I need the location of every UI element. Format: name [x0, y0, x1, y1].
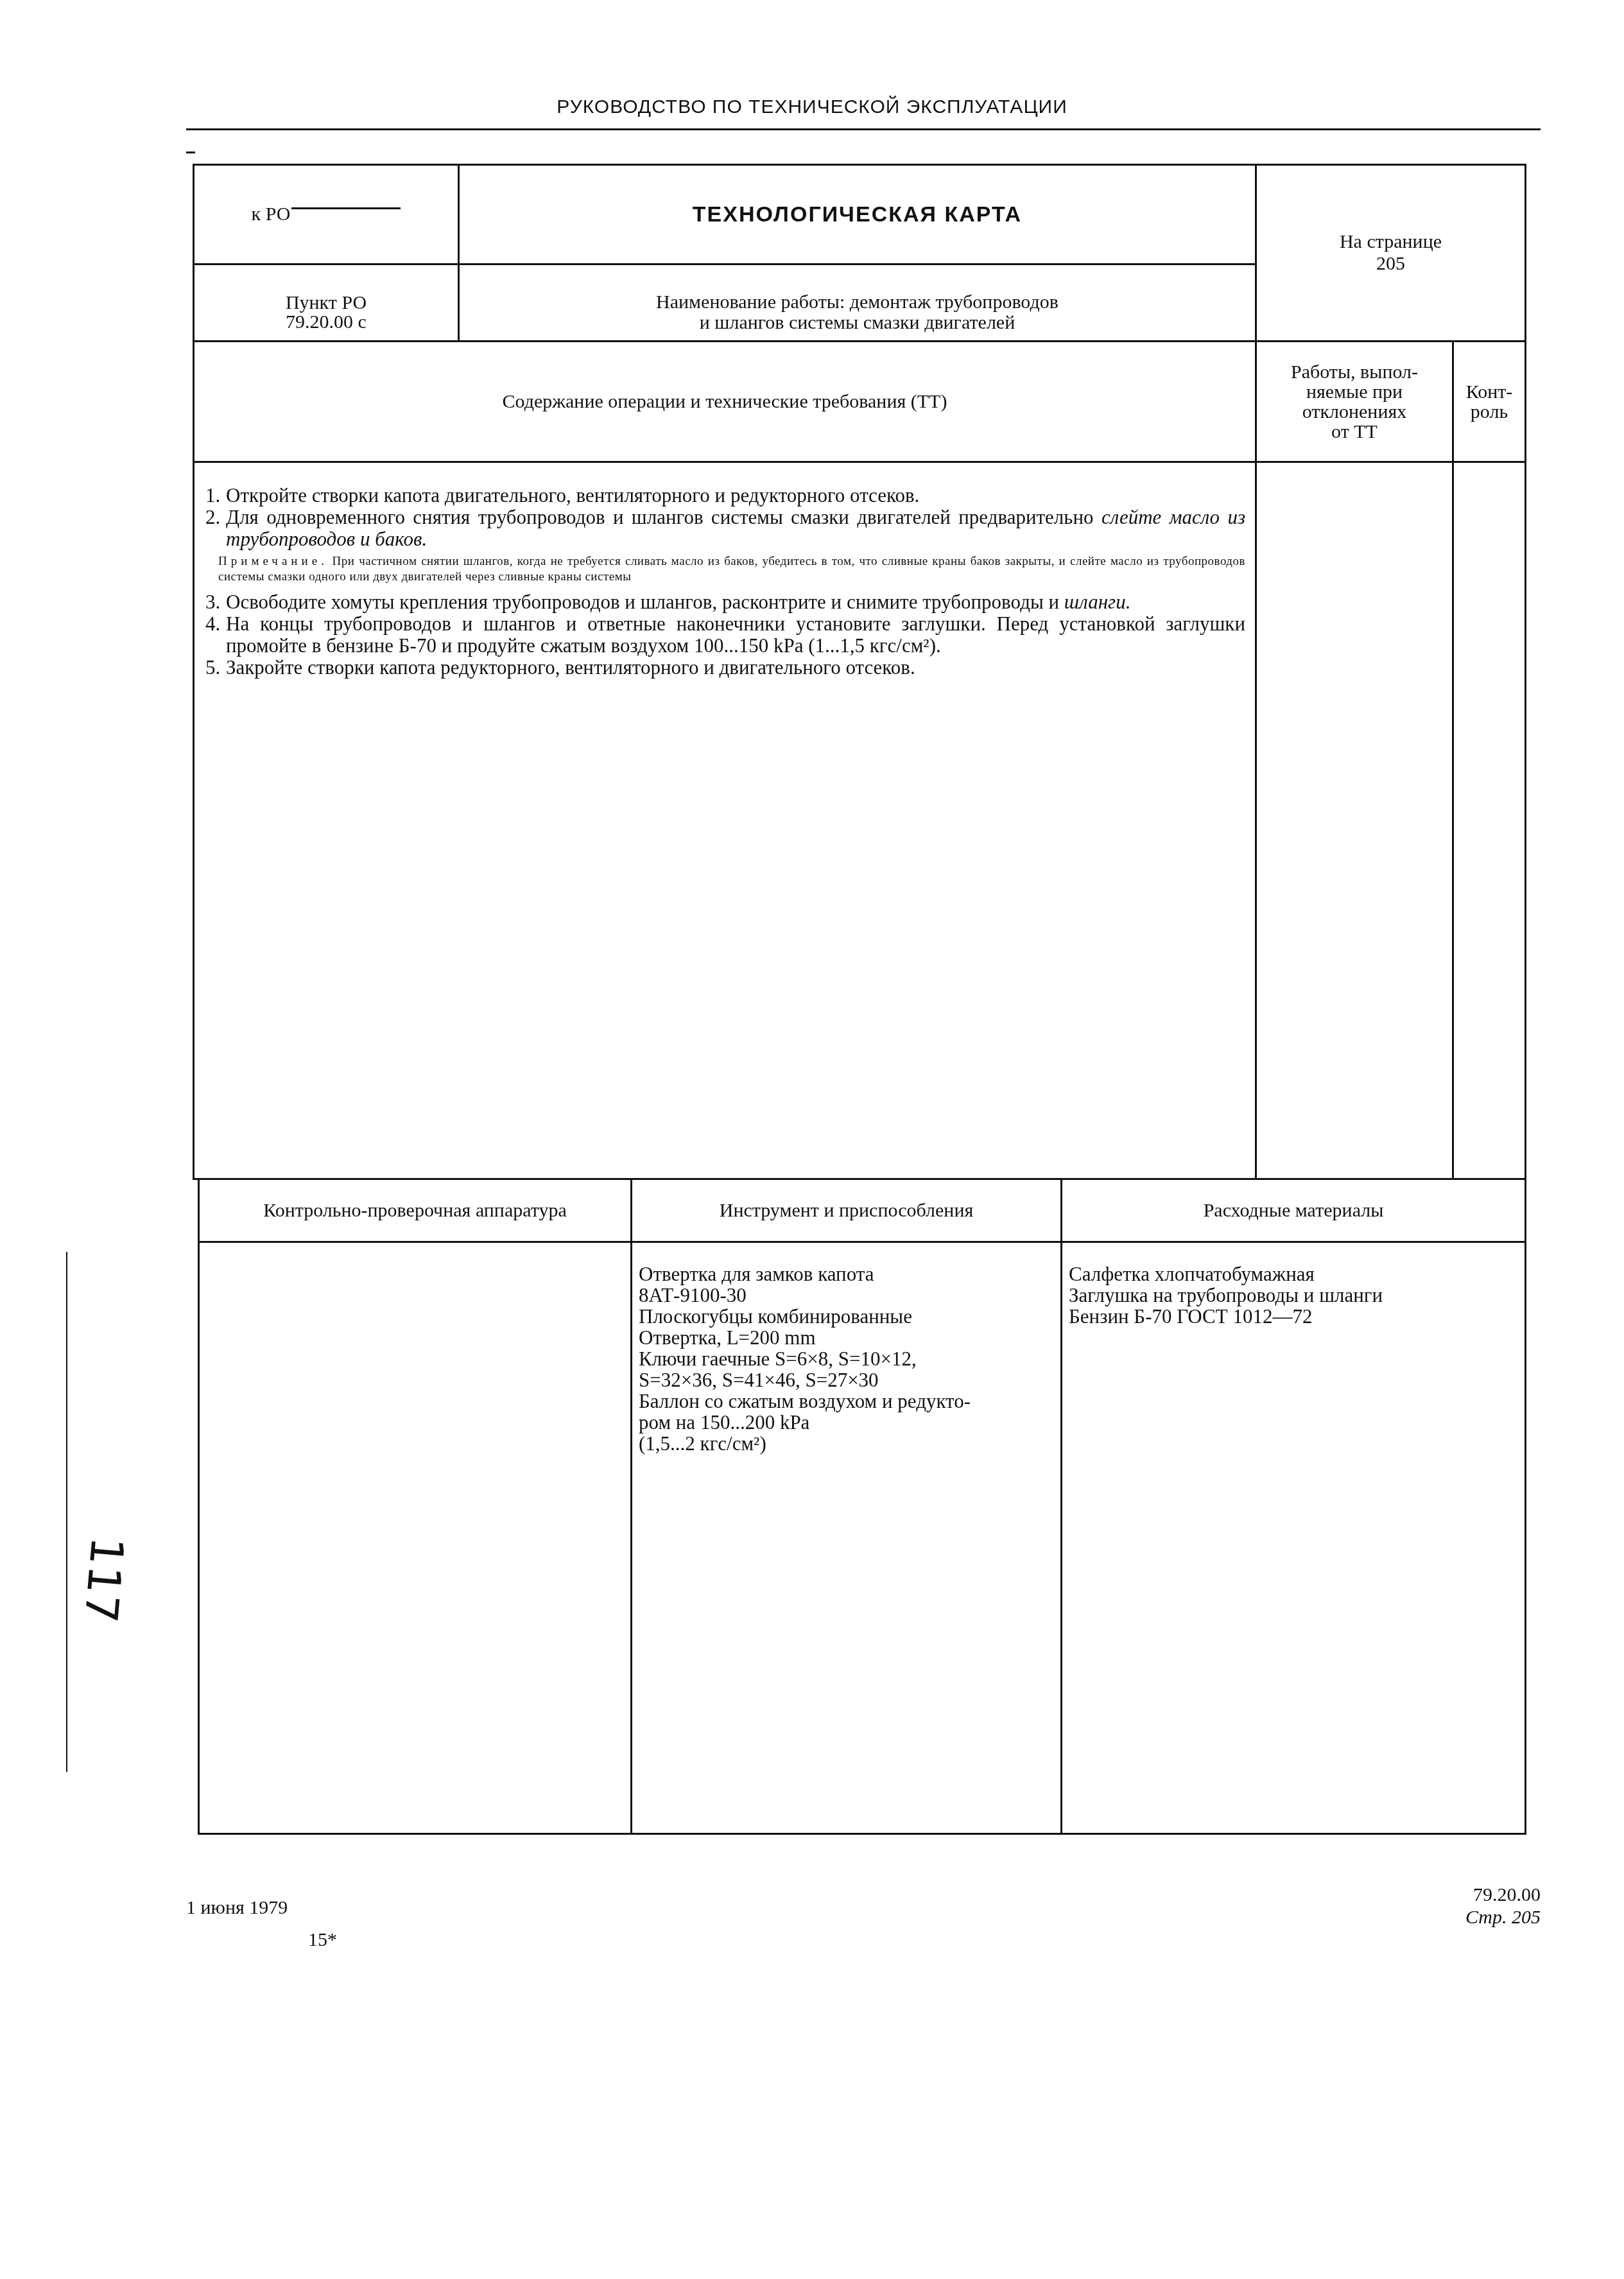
deviations-line: отклонениях	[1302, 402, 1407, 422]
divider	[630, 1178, 632, 1835]
material-item: Бензин Б-70 ГОСТ 1012—72	[1069, 1306, 1518, 1327]
card-title: ТЕХНОЛОГИЧЕСКАЯ КАРТА	[460, 166, 1255, 263]
operation-text: Закройте створки капота редукторного, ве…	[226, 657, 1245, 679]
operations-list: 1. Откройте створки капота двигательного…	[205, 485, 1245, 679]
operations-content-header: Содержание операции и технические требов…	[194, 342, 1255, 461]
material-item: Салфетка хлопчатобумажная	[1069, 1263, 1518, 1285]
footer-sheet-mark: 15*	[308, 1929, 337, 1951]
operation-text: На концы трубопроводов и шлангов и ответ…	[226, 613, 1245, 657]
work-name-cell: Наименование работы: демонтаж трубопрово…	[460, 265, 1255, 340]
on-page-label: На странице	[1340, 231, 1442, 253]
running-header: РУКОВОДСТВО ПО ТЕХНИЧЕСКОЙ ЭКСПЛУАТАЦИИ	[0, 96, 1624, 118]
margin-handwritten-note: 117	[74, 1535, 134, 1625]
item-cell: Пункт РО 79.20.00 с	[194, 265, 458, 340]
tool-item: Отвертка для замков капота	[639, 1263, 1050, 1285]
test-equipment-header: Контрольно-проверочная аппаратура	[200, 1180, 630, 1241]
control-header: Конт- роль	[1454, 342, 1525, 461]
operation-item: 3. Освободите хомуты крепления трубопров…	[205, 591, 1245, 613]
tool-item: Отвертка, L=200 mm	[639, 1327, 1050, 1348]
tool-item: S=32×36, S=41×46, S=27×30	[639, 1369, 1050, 1391]
header-rule	[186, 128, 1541, 130]
control-line: Конт-	[1466, 382, 1513, 402]
on-page-number: 205	[1376, 253, 1405, 275]
operation-number: 2.	[205, 507, 226, 550]
ref-label: к РО	[252, 204, 291, 225]
divider	[198, 1241, 1526, 1243]
materials-header: Расходные материалы	[1062, 1180, 1525, 1241]
deviations-header: Работы, выпол- няемые при отклонениях от…	[1257, 342, 1452, 461]
operation-number: 5.	[205, 657, 226, 679]
footer-date: 1 июня 1979	[186, 1897, 288, 1919]
deviations-line: няемые при	[1306, 382, 1403, 402]
materials-list: Салфетка хлопчатобумажная Заглушка на тр…	[1069, 1263, 1518, 1327]
work-name-line1: Наименование работы: демонтаж трубопрово…	[656, 292, 1058, 313]
tools-list: Отвертка для замков капота 8АТ-9100-30 П…	[639, 1263, 1050, 1454]
operation-text: Для одновременного снятия трубопроводов …	[226, 507, 1245, 550]
operation-number: 3.	[205, 591, 226, 613]
divider	[1060, 1178, 1062, 1835]
note: Примечание. При частичном снятии шлангов…	[218, 554, 1245, 585]
footer-page: Стр. 205	[1380, 1907, 1541, 1928]
tool-item: Ключи гаечные S=6×8, S=10×12,	[639, 1348, 1050, 1369]
operation-number: 1.	[205, 485, 226, 507]
tool-item: ром на 150...200 kPa	[639, 1412, 1050, 1433]
operation-item: 5. Закройте створки капота редукторного,…	[205, 657, 1245, 679]
margin-line	[66, 1252, 67, 1772]
item-label: Пункт РО	[286, 293, 367, 313]
operation-item: 4. На концы трубопроводов и шлангов и от…	[205, 613, 1245, 657]
divider	[1452, 340, 1454, 1180]
operation-text: Освободите хомуты крепления трубопроводо…	[226, 591, 1245, 613]
operation-item: 2. Для одновременного снятия трубопровод…	[205, 507, 1245, 550]
item-value: 79.20.00 с	[286, 313, 367, 332]
tool-item: Плоскогубцы комбинированные	[639, 1306, 1050, 1327]
operation-item: 1. Откройте створки капота двигательного…	[205, 485, 1245, 507]
ref-blank	[291, 207, 401, 209]
work-name-line2: и шлангов системы смазки двигателей	[700, 313, 1015, 333]
tool-item: 8АТ-9100-30	[639, 1285, 1050, 1306]
operation-text: Откройте створки капота двигательного, в…	[226, 485, 1245, 507]
on-page-cell: На странице 205	[1257, 166, 1525, 340]
tool-item: (1,5...2 кгс/см²)	[639, 1433, 1050, 1454]
tools-header: Инструмент и приспособления	[632, 1180, 1060, 1241]
tool-item: Баллон со сжатым воздухом и редукто-	[639, 1391, 1050, 1412]
footer-doc-code: 79.20.00	[1380, 1884, 1541, 1906]
ref-cell: к РО	[194, 166, 458, 263]
operation-number: 4.	[205, 613, 226, 657]
control-line: роль	[1471, 402, 1508, 422]
deviations-line: Работы, выпол-	[1291, 362, 1418, 382]
mark	[186, 152, 195, 153]
note-lead: Примечание.	[218, 555, 328, 568]
material-item: Заглушка на трубопроводы и шланги	[1069, 1285, 1518, 1306]
deviations-line: от ТТ	[1331, 422, 1378, 442]
note-text: При частичном снятии шлангов, когда не т…	[218, 555, 1245, 584]
divider	[193, 461, 1526, 463]
